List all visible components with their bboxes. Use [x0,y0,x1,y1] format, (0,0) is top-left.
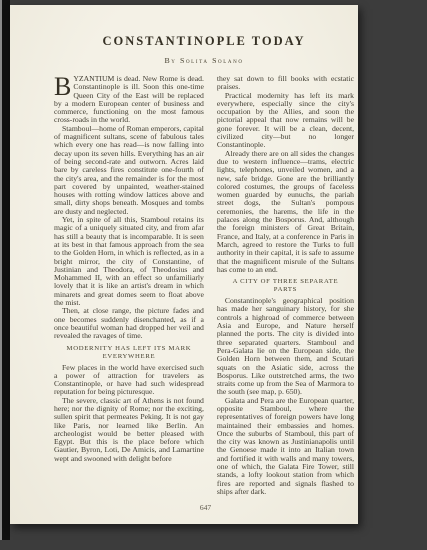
paragraph: Practical modernity has left its mark ev… [217,92,354,150]
page-paper: CONSTANTINOPLE TODAY By Solita Solano BY… [10,5,358,524]
paragraph: The severe, classic art of Athens is not… [54,397,204,463]
paragraph: Constantinople's geographical position h… [217,297,354,397]
paragraph: BYZANTIUM is dead. New Rome is dead. Con… [54,75,204,125]
paragraph: Yet, in spite of all this, Stamboul reta… [54,216,204,307]
section-subheading: A CITY OF THREE SEPARATE PARTS [221,278,350,294]
paragraph: Galata and Pera are the European quarter… [217,397,354,497]
article-byline: By Solita Solano [54,56,354,65]
text-columns: BYZANTIUM is dead. New Rome is dead. Con… [54,75,354,496]
paragraph: Stamboul—home of Roman emperors, capital… [54,125,204,216]
paragraph: they sat down to fill books with ecstati… [217,75,354,92]
drop-cap: B [54,75,73,97]
paragraph: Then, at close range, the picture fades … [54,307,204,340]
right-column: they sat down to fill books with ecstati… [217,75,354,496]
scan-left-edge [0,0,10,540]
page-number: 647 [54,503,357,512]
scan-surround: CONSTANTINOPLE TODAY By Solita Solano BY… [0,0,427,550]
paragraph: Already there are on all sides the chang… [217,150,354,274]
article-title: CONSTANTINOPLE TODAY [54,5,354,49]
section-subheading: MODERNITY HAS LEFT ITS MARK EVERYWHERE [58,345,200,361]
paragraph-text: YZANTIUM is dead. New Rome is dead. Cons… [54,74,204,124]
left-column: BYZANTIUM is dead. New Rome is dead. Con… [54,75,204,496]
paragraph: Few places in the world have exercised s… [54,364,204,397]
page-content: CONSTANTINOPLE TODAY By Solita Solano BY… [10,5,358,496]
